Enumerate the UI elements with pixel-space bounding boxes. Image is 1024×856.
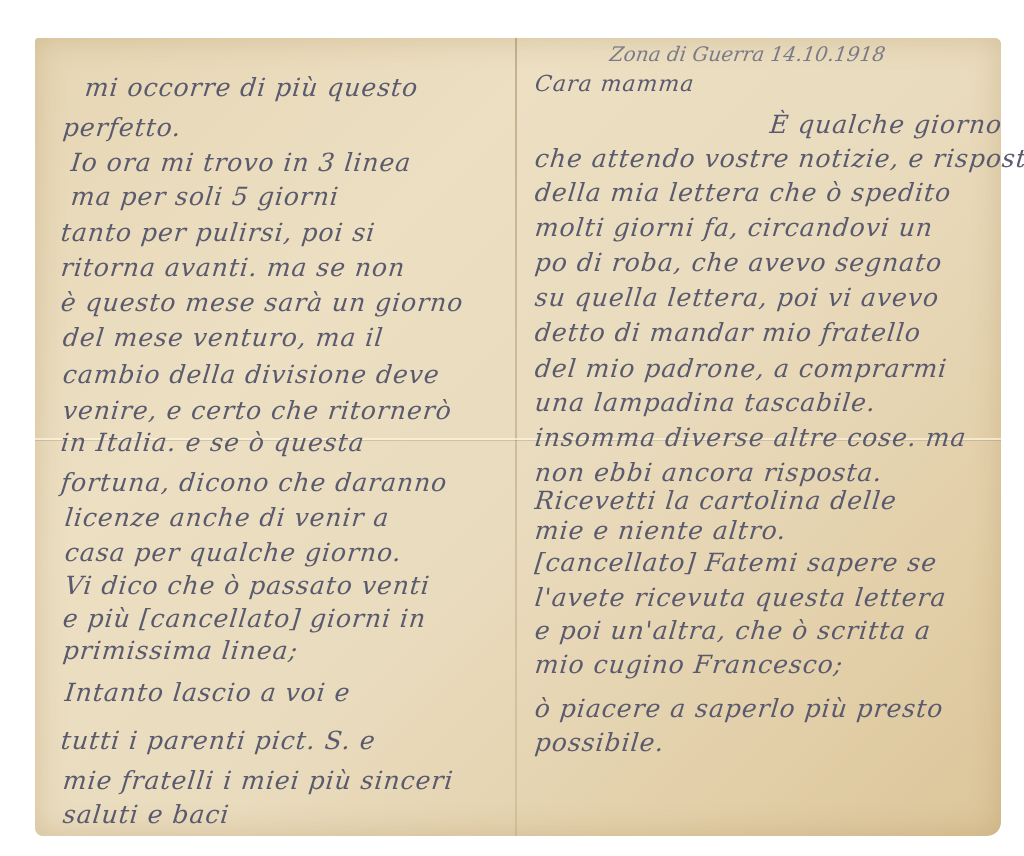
text-line: ò piacere a saperlo più presto [533,694,945,724]
text-line: e poi un'altra, che ò scritta a [533,616,932,646]
salutation: Cara mamma [533,70,696,100]
text-line: insomma diverse altre cose. ma [533,423,968,453]
text-line: su quella lettera, poi vi avevo [533,283,940,313]
text-line: è questo mese sarà un giorno [59,288,465,318]
text-line: fortuna, dicono che daranno [59,468,448,498]
text-line: della mia lettera che ò spedito [533,178,952,208]
text-line: venire, e certo che ritornerò [61,396,453,426]
text-line: l'avete ricevuta questa lettera [533,583,948,613]
text-line: non ebbi ancora risposta. [533,458,884,488]
letter-sheet: mi occorre di più questo perfetto. Io or… [35,38,1001,836]
text-line: detto di mandar mio fratello [533,318,922,348]
left-page: mi occorre di più questo perfetto. Io or… [55,38,505,836]
right-page: Zona di Guerra 14.10.1918 Cara mamma È q… [530,38,990,836]
text-line: mio cugino Francesco; [533,650,844,680]
text-line: in Italia. e se ò questa [59,428,366,458]
text-line: Ricevetti la cartolina delle [533,486,898,516]
text-line: possibile. [533,728,666,758]
text-line: che attendo vostre notizie, e risposta [533,144,1024,174]
text-line: Vi dico che ò passato venti [63,571,431,601]
text-line: mie fratelli i miei più sinceri [61,766,455,796]
text-line: Intanto lascio a voi e [63,678,352,708]
text-line: po di roba, che avevo segnato [533,248,943,278]
text-line: [cancellato] Fatemi sapere se [533,548,938,578]
text-line: perfetto. [61,113,183,143]
text-line: ma per soli 5 giorni [69,182,340,212]
text-line: ritorna avanti. ma se non [59,253,406,283]
text-line: mi occorre di più questo [83,73,419,103]
text-line: molti giorni fa, circandovi un [533,213,934,243]
text-line: una lampadina tascabile. [533,388,877,418]
text-line: mie e niente altro. [533,516,788,546]
text-line: e più [cancellato] giorni in [61,604,427,634]
text-line: tutti i parenti pict. S. e [59,726,377,756]
date-heading: Zona di Guerra 14.10.1918 [608,42,887,66]
text-line: È qualche giorno [768,110,1003,140]
text-line: licenze anche di venir a [63,503,391,533]
text-line: Io ora mi trovo in 3 linea [69,148,412,178]
text-line: saluti e baci [61,800,231,830]
text-line: del mese venturo, ma il [61,323,385,353]
text-line: primissima linea; [61,636,299,666]
text-line: cambio della divisione deve [61,360,441,390]
text-line: casa per qualche giorno. [63,538,403,568]
text-line: del mio padrone, a comprarmi [533,354,948,384]
vertical-fold [515,38,517,836]
text-line: tanto per pulirsi, poi si [59,218,377,248]
